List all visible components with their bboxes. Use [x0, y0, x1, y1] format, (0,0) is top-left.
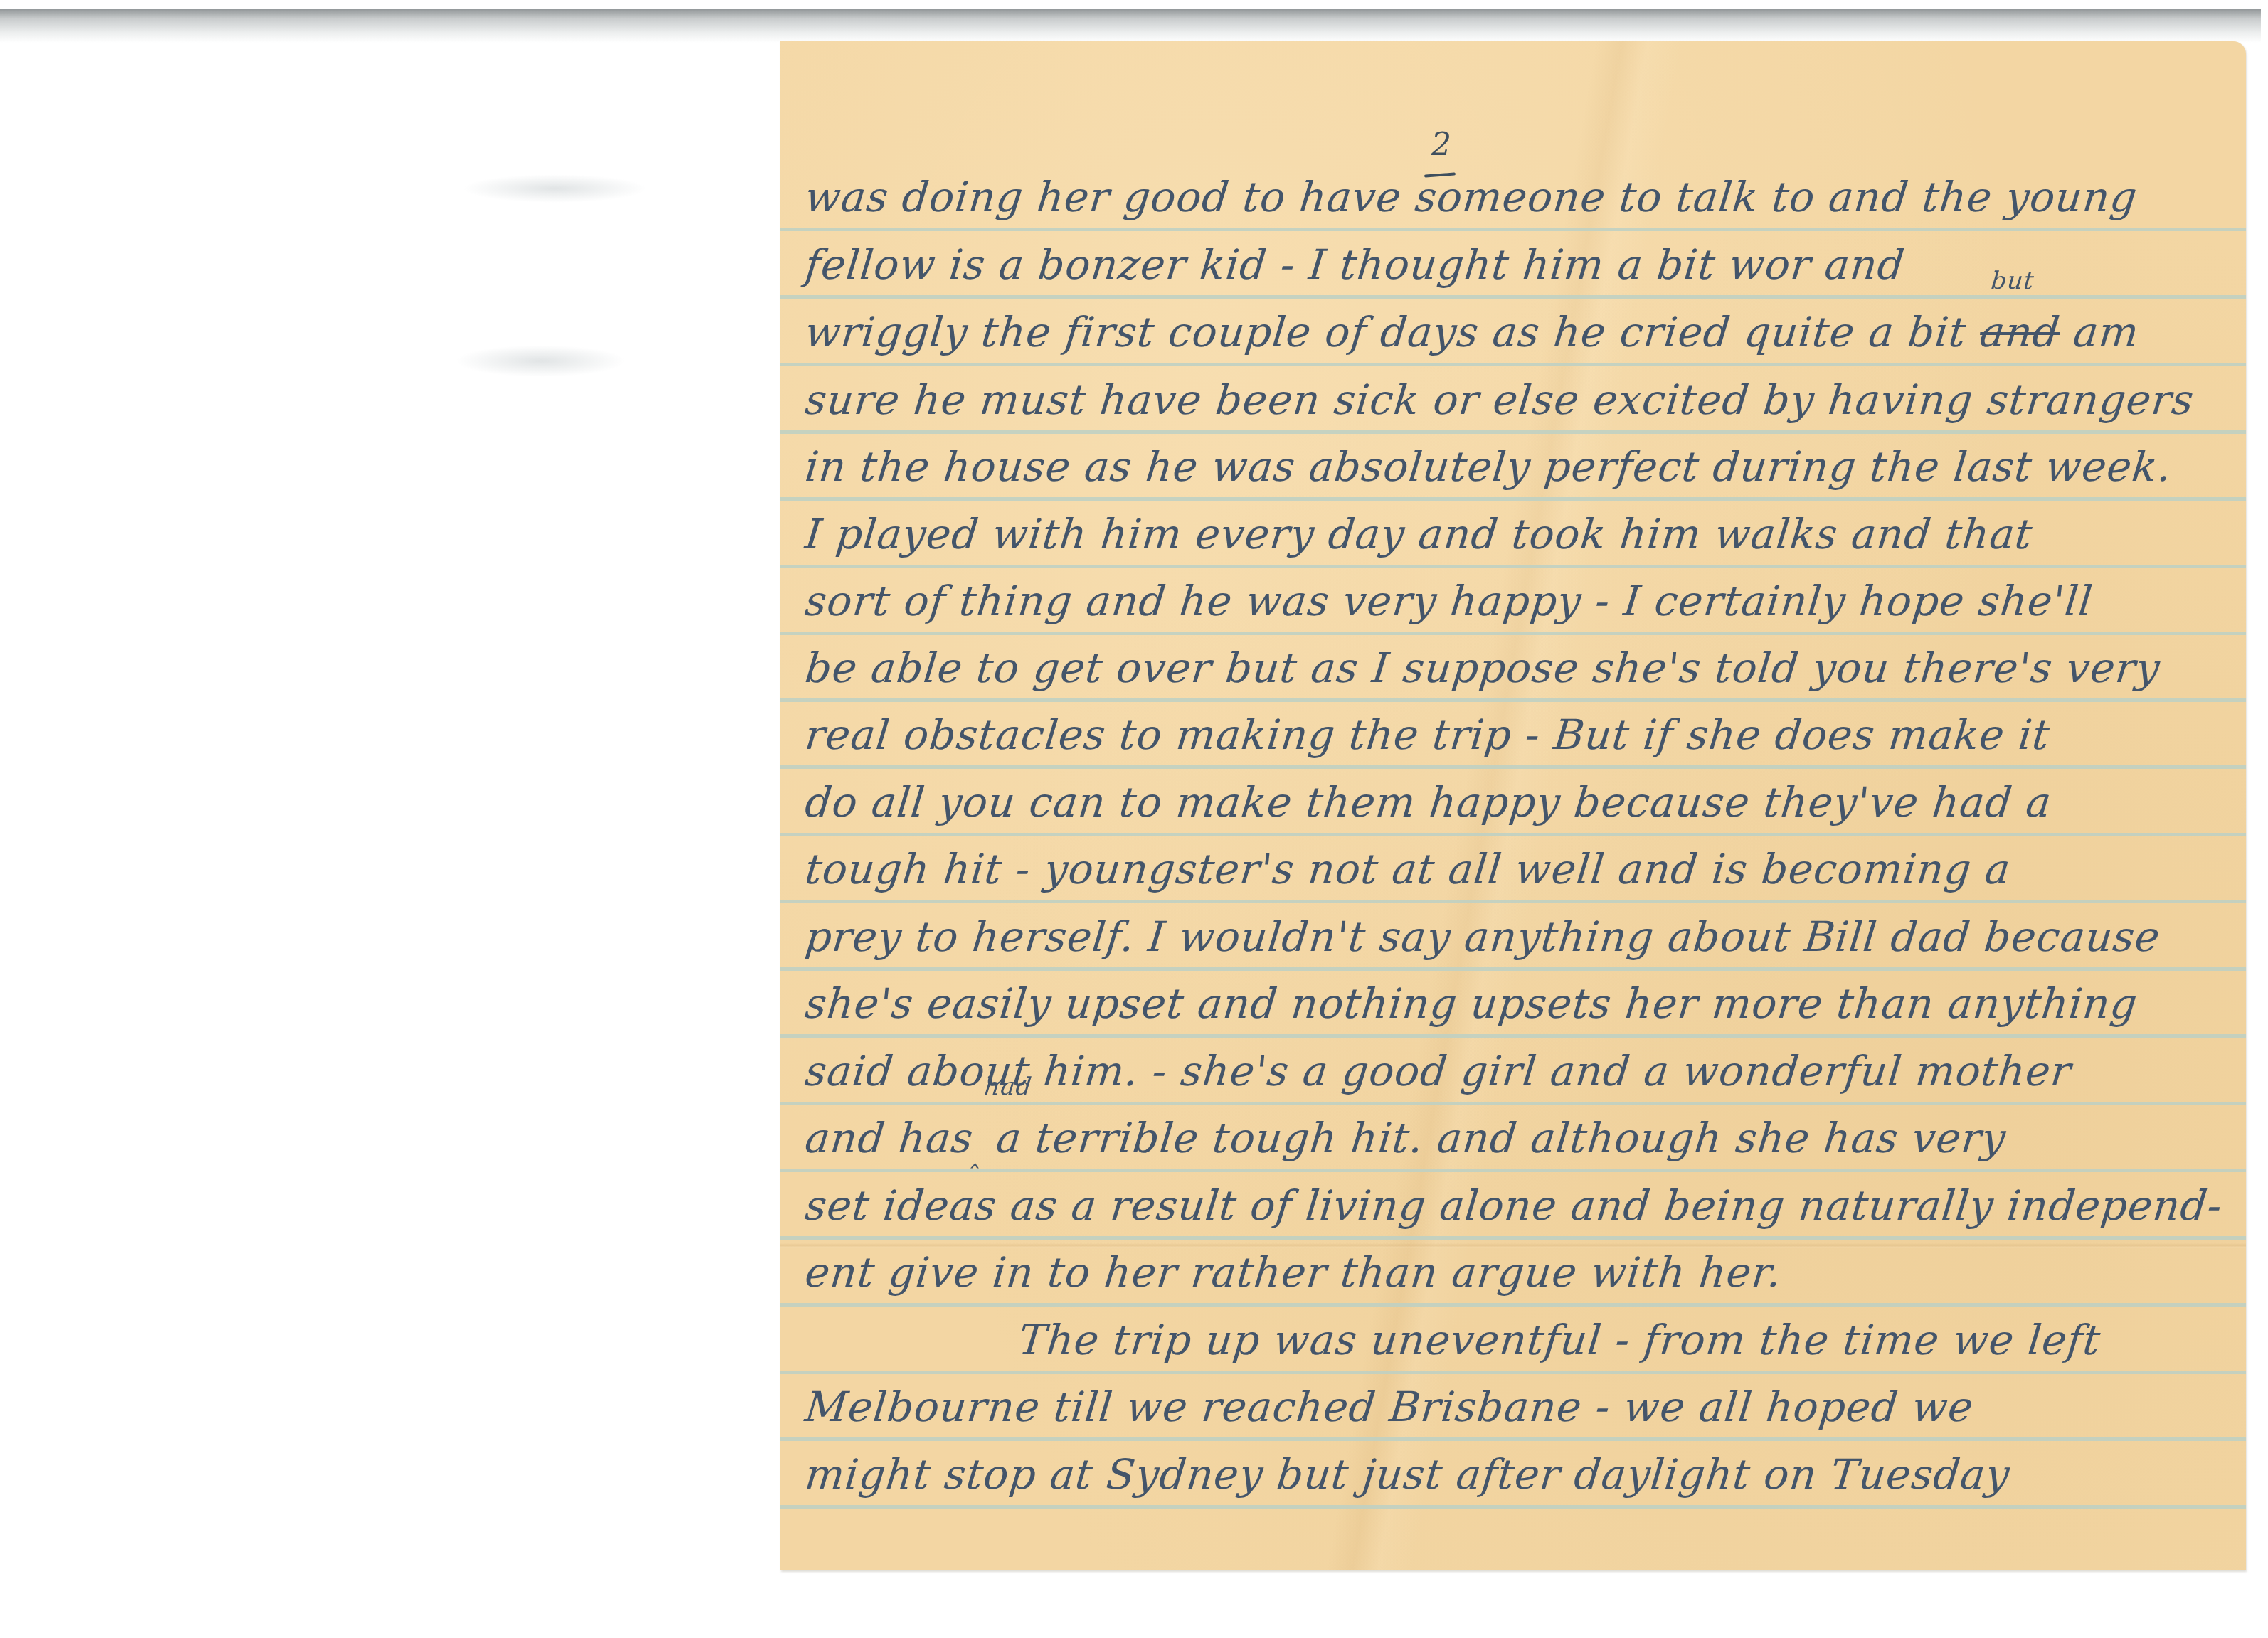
letter-line: might stop at Sydney but just after dayl…	[802, 1441, 2232, 1509]
correction: andbut	[1976, 299, 2063, 366]
letter-line: ent give in to her rather than argue wit…	[802, 1239, 2232, 1307]
letter-line: she's easily upset and nothing upsets he…	[802, 970, 2232, 1038]
inserted-word: had	[983, 1075, 1034, 1099]
letter-page: 2 was doing her good to have someone to …	[780, 41, 2246, 1570]
letter-line: set ideas as a result of living alone an…	[802, 1172, 2232, 1240]
letter-line-indented: The trip up was uneventful - from the ti…	[1015, 1307, 2268, 1374]
line-text: a terrible tough hit. and although she h…	[980, 1114, 2008, 1162]
letter-line: real obstacles to making the trip - But …	[802, 701, 2232, 769]
letter-line: do all you can to make them happy becaus…	[802, 769, 2232, 836]
caret-mark: ‸	[970, 1139, 983, 1169]
letter-line: was doing her good to have someone to ta…	[802, 164, 2232, 231]
page-number: 2	[1431, 127, 1451, 163]
scan-smudge	[455, 345, 626, 377]
scanner-edge-shadow	[0, 9, 2261, 43]
letter-line: prey to herself. I wouldn't say anything…	[802, 903, 2232, 971]
letter-line: and has‸had a terrible tough hit. and al…	[802, 1105, 2232, 1172]
letter-line: I played with him every day and took him…	[802, 501, 2232, 568]
letter-line: be able to get over but as I suppose she…	[802, 634, 2232, 702]
inserted-word: but	[1990, 269, 2035, 293]
struck-word: and	[1978, 308, 2062, 356]
letter-line: in the house as he was absolutely perfec…	[802, 433, 2232, 501]
line-text: wriggly the first couple of days as he c…	[802, 308, 1983, 356]
line-text: and has	[802, 1114, 975, 1162]
line-text: am	[2057, 308, 2141, 356]
letter-line: Melbourne till we reached Brisbane - we …	[802, 1373, 2232, 1441]
letter-line: sort of thing and he was very happy - I …	[802, 568, 2232, 635]
letter-line: wriggly the first couple of days as he c…	[802, 299, 2232, 366]
scan-smudge	[462, 174, 647, 203]
letter-line: tough hit - youngster's not at all well …	[802, 836, 2232, 903]
letter-line: sure he must have been sick or else exci…	[802, 366, 2232, 434]
